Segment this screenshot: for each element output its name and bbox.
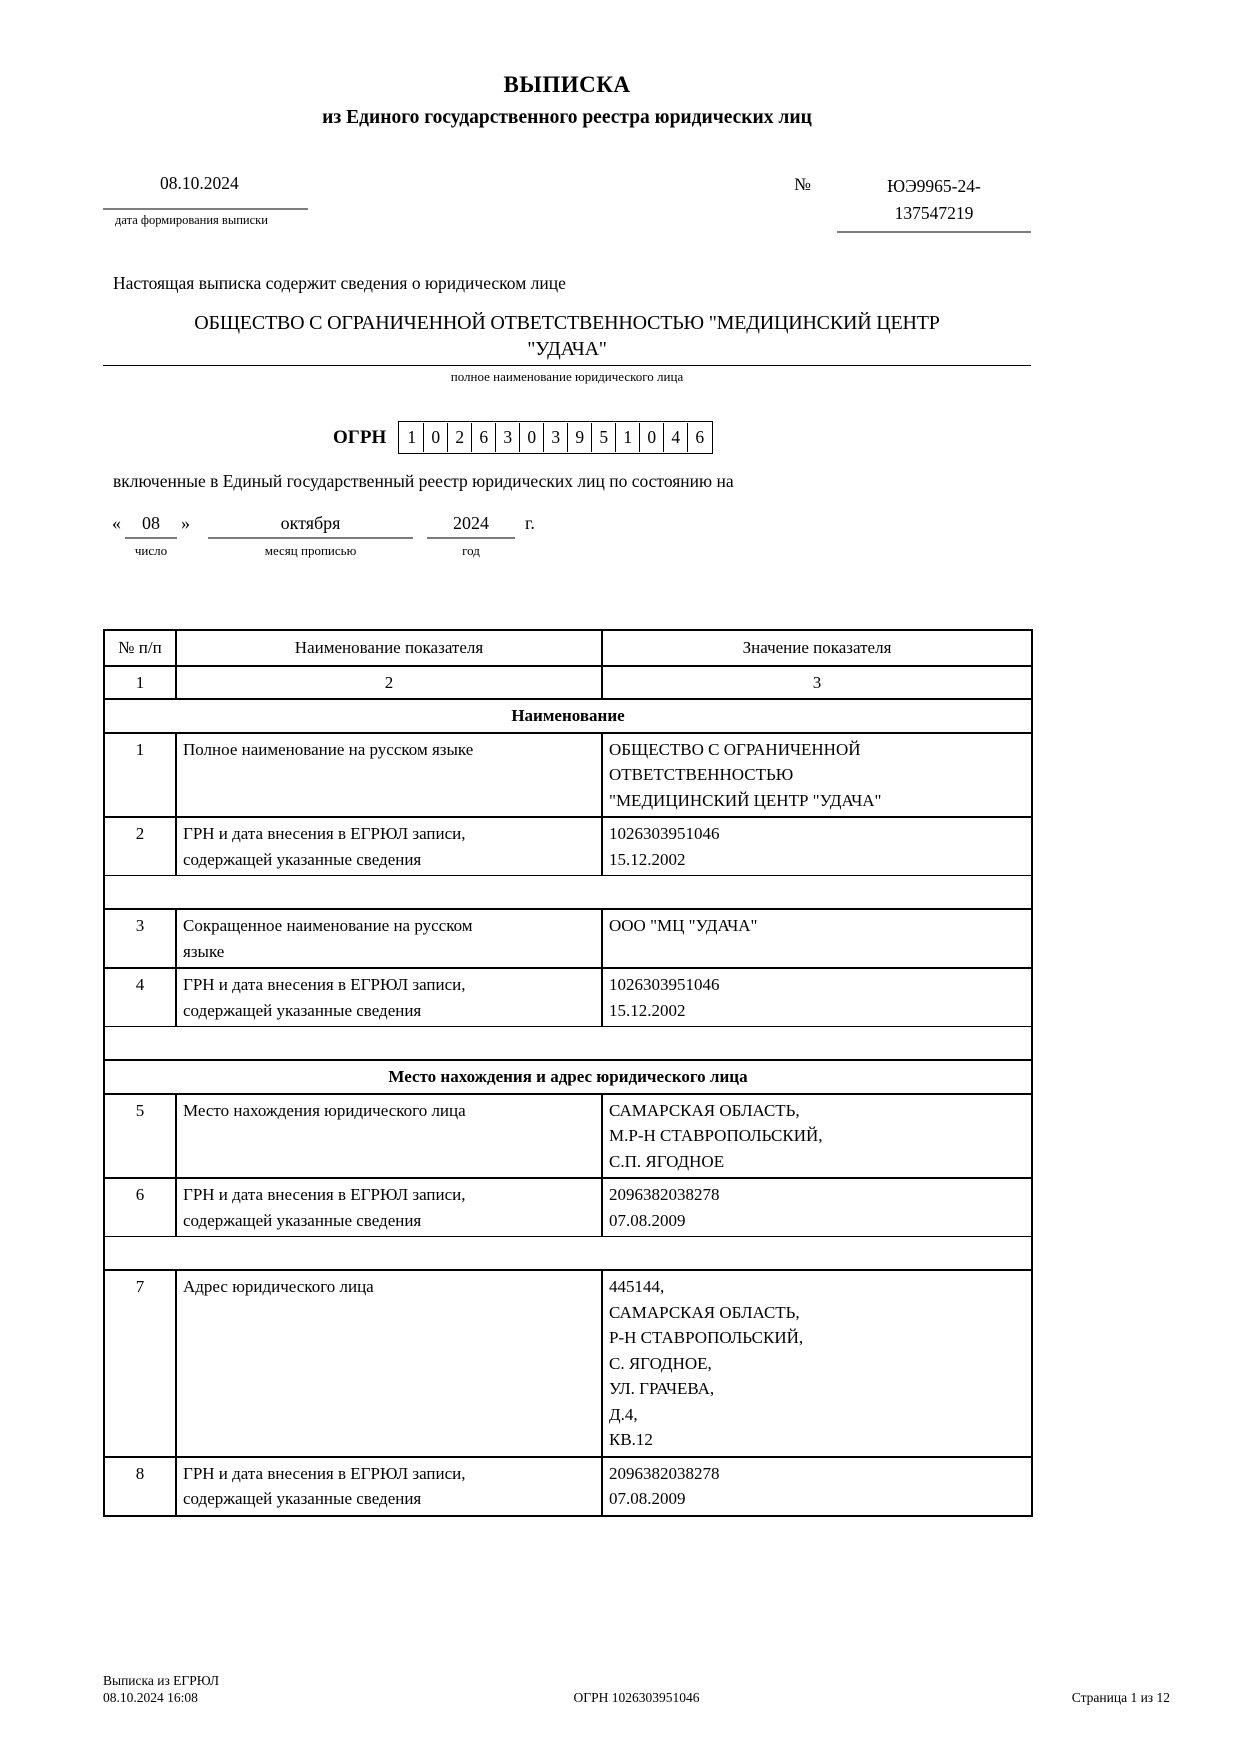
col-header-num: № п/п bbox=[104, 630, 176, 666]
company-name-block: ОБЩЕСТВО С ОГРАНИЧЕННОЙ ОТВЕТСТВЕННОСТЬЮ… bbox=[103, 310, 1031, 385]
column-number: 2 bbox=[176, 666, 602, 700]
included-text: включенные в Единый государственный реес… bbox=[113, 471, 1031, 492]
indicator-name-cell: ГРН и дата внесения в ЕГРЮЛ записи, соде… bbox=[176, 968, 602, 1027]
row-number-cell: 1 bbox=[104, 733, 176, 818]
intro-text: Настоящая выписка содержит сведения о юр… bbox=[113, 273, 1031, 294]
row-number-cell: 8 bbox=[104, 1457, 176, 1516]
spacer-row bbox=[104, 876, 1032, 910]
indicator-name-cell: Место нахождения юридического лица bbox=[176, 1094, 602, 1179]
indicator-value-cell: 445144, САМАРСКАЯ ОБЛАСТЬ, Р-Н СТАВРОПОЛ… bbox=[602, 1270, 1032, 1457]
ogrn-row: ОГРН 1 0 2 6 3 0 3 9 5 1 0 4 6 bbox=[333, 421, 1031, 454]
column-number: 1 bbox=[104, 666, 176, 700]
ogrn-digit: 5 bbox=[591, 423, 615, 452]
footer-page-indicator: Страница 1 из 12 bbox=[814, 1689, 1170, 1707]
as-of-day-field: 08 число bbox=[125, 510, 177, 559]
spacer-row bbox=[104, 1027, 1032, 1061]
indicator-name-cell: ГРН и дата внесения в ЕГРЮЛ записи, соде… bbox=[176, 1178, 602, 1237]
indicator-value-cell: 2096382038278 07.08.2009 bbox=[602, 1457, 1032, 1516]
as-of-year: 2024 bbox=[427, 510, 515, 539]
section-title: Место нахождения и адрес юридического ли… bbox=[104, 1060, 1032, 1094]
ogrn-digit: 2 bbox=[447, 423, 471, 452]
extract-number-block: № ЮЭ9965-24- 137547219 bbox=[794, 173, 1031, 233]
table-row: 8 ГРН и дата внесения в ЕГРЮЛ записи, со… bbox=[104, 1457, 1032, 1516]
as-of-year-field: 2024 год bbox=[427, 510, 515, 559]
as-of-month-label: месяц прописью bbox=[208, 539, 413, 559]
document-content: ВЫПИСКА из Единого государственного реес… bbox=[103, 72, 1031, 1517]
ogrn-digit: 6 bbox=[471, 423, 495, 452]
col-header-indicator-name: Наименование показателя bbox=[176, 630, 602, 666]
col-header-indicator-value: Значение показателя bbox=[602, 630, 1032, 666]
indicator-value-cell: 1026303951046 15.12.2002 bbox=[602, 968, 1032, 1027]
column-number: 3 bbox=[602, 666, 1032, 700]
extract-number-line2: 137547219 bbox=[837, 200, 1031, 227]
year-suffix: г. bbox=[525, 510, 535, 536]
row-number-cell: 3 bbox=[104, 909, 176, 968]
indicator-value-cell: 2096382038278 07.08.2009 bbox=[602, 1178, 1032, 1237]
close-quote: » bbox=[177, 510, 194, 536]
ogrn-digit-boxes: 1 0 2 6 3 0 3 9 5 1 0 4 6 bbox=[398, 421, 713, 454]
ogrn-digit: 3 bbox=[495, 423, 519, 452]
as-of-month-field: октября месяц прописью bbox=[208, 510, 413, 559]
company-name-rule bbox=[103, 365, 1031, 366]
row-number-cell: 5 bbox=[104, 1094, 176, 1179]
section-row-name: Наименование bbox=[104, 699, 1032, 733]
ogrn-digit: 0 bbox=[519, 423, 543, 452]
spacer-cell bbox=[104, 1027, 1032, 1061]
document-subtitle: из Единого государственного реестра юрид… bbox=[103, 107, 1031, 129]
as-of-year-label: год bbox=[427, 539, 515, 559]
footer-generated-at: 08.10.2024 16:08 bbox=[103, 1689, 459, 1707]
table-row: 4 ГРН и дата внесения в ЕГРЮЛ записи, со… bbox=[104, 968, 1032, 1027]
ogrn-digit: 0 bbox=[639, 423, 663, 452]
indicator-value-cell: ООО "МЦ "УДАЧА" bbox=[602, 909, 1032, 968]
as-of-date-row: « 08 число » октября месяц прописью 2024… bbox=[108, 510, 1031, 559]
page-footer: Выписка из ЕГРЮЛ 08.10.2024 16:08 ОГРН 1… bbox=[103, 1672, 1170, 1707]
indicator-value-cell: 1026303951046 15.12.2002 bbox=[602, 817, 1032, 876]
ogrn-digit: 0 bbox=[423, 423, 447, 452]
extract-number-line1: ЮЭ9965-24- bbox=[837, 173, 1031, 200]
ogrn-digit: 4 bbox=[663, 423, 687, 452]
section-row-address: Место нахождения и адрес юридического ли… bbox=[104, 1060, 1032, 1094]
company-full-name: ОБЩЕСТВО С ОГРАНИЧЕННОЙ ОТВЕТСТВЕННОСТЬЮ… bbox=[103, 310, 1031, 362]
spacer-row bbox=[104, 1237, 1032, 1271]
ogrn-digit: 6 bbox=[687, 423, 711, 452]
extract-number-sign: № bbox=[794, 173, 811, 195]
indicator-name-cell: Сокращенное наименование на русском язык… bbox=[176, 909, 602, 968]
spacer-cell bbox=[104, 876, 1032, 910]
column-numbers-row: 1 2 3 bbox=[104, 666, 1032, 700]
document-page: ВЫПИСКА из Единого государственного реес… bbox=[0, 0, 1240, 1755]
table-header-row: № п/п Наименование показателя Значение п… bbox=[104, 630, 1032, 666]
formation-date: 08.10.2024 bbox=[160, 173, 343, 194]
row-number-cell: 4 bbox=[104, 968, 176, 1027]
table-row: 3 Сокращенное наименование на русском яз… bbox=[104, 909, 1032, 968]
formation-date-underline bbox=[103, 208, 308, 210]
indicator-name-cell: ГРН и дата внесения в ЕГРЮЛ записи, соде… bbox=[176, 817, 602, 876]
spacer-cell bbox=[104, 1237, 1032, 1271]
table-row: 2 ГРН и дата внесения в ЕГРЮЛ записи, со… bbox=[104, 817, 1032, 876]
open-quote: « bbox=[108, 510, 125, 536]
as-of-day: 08 bbox=[125, 510, 177, 539]
formation-date-block: 08.10.2024 дата формирования выписки bbox=[103, 173, 343, 233]
row-number-cell: 2 bbox=[104, 817, 176, 876]
ogrn-digit: 1 bbox=[615, 423, 639, 452]
indicator-value-cell: САМАРСКАЯ ОБЛАСТЬ, М.Р-Н СТАВРОПОЛЬСКИЙ,… bbox=[602, 1094, 1032, 1179]
table-row: 5 Место нахождения юридического лица САМ… bbox=[104, 1094, 1032, 1179]
footer-ogrn: ОГРН 1026303951046 bbox=[459, 1689, 815, 1707]
indicator-name-cell: Полное наименование на русском языке bbox=[176, 733, 602, 818]
row-number-cell: 7 bbox=[104, 1270, 176, 1457]
extract-number-value: ЮЭ9965-24- 137547219 bbox=[837, 173, 1031, 233]
indicator-name-cell: Адрес юридического лица bbox=[176, 1270, 602, 1457]
indicator-name-cell: ГРН и дата внесения в ЕГРЮЛ записи, соде… bbox=[176, 1457, 602, 1516]
meta-row: 08.10.2024 дата формирования выписки № Ю… bbox=[103, 173, 1031, 233]
footer-doc-type: Выписка из ЕГРЮЛ bbox=[103, 1672, 459, 1690]
row-number-cell: 6 bbox=[104, 1178, 176, 1237]
indicator-value-cell: ОБЩЕСТВО С ОГРАНИЧЕННОЙ ОТВЕТСТВЕННОСТЬЮ… bbox=[602, 733, 1032, 818]
table-row: 6 ГРН и дата внесения в ЕГРЮЛ записи, со… bbox=[104, 1178, 1032, 1237]
registry-table: № п/п Наименование показателя Значение п… bbox=[103, 629, 1033, 1517]
ogrn-label: ОГРН bbox=[333, 427, 386, 449]
table-row: 1 Полное наименование на русском языке О… bbox=[104, 733, 1032, 818]
as-of-month: октября bbox=[208, 510, 413, 539]
ogrn-digit: 3 bbox=[543, 423, 567, 452]
extract-number-underline bbox=[837, 231, 1031, 233]
ogrn-digit: 1 bbox=[400, 423, 423, 452]
section-title: Наименование bbox=[104, 699, 1032, 733]
formation-date-label: дата формирования выписки bbox=[115, 213, 343, 228]
as-of-day-label: число bbox=[125, 539, 177, 559]
document-title: ВЫПИСКА bbox=[103, 72, 1031, 98]
footer-doc-info: Выписка из ЕГРЮЛ 08.10.2024 16:08 bbox=[103, 1672, 459, 1707]
table-row: 7 Адрес юридического лица 445144, САМАРС… bbox=[104, 1270, 1032, 1457]
company-name-caption: полное наименование юридического лица bbox=[103, 369, 1031, 385]
ogrn-digit: 9 bbox=[567, 423, 591, 452]
